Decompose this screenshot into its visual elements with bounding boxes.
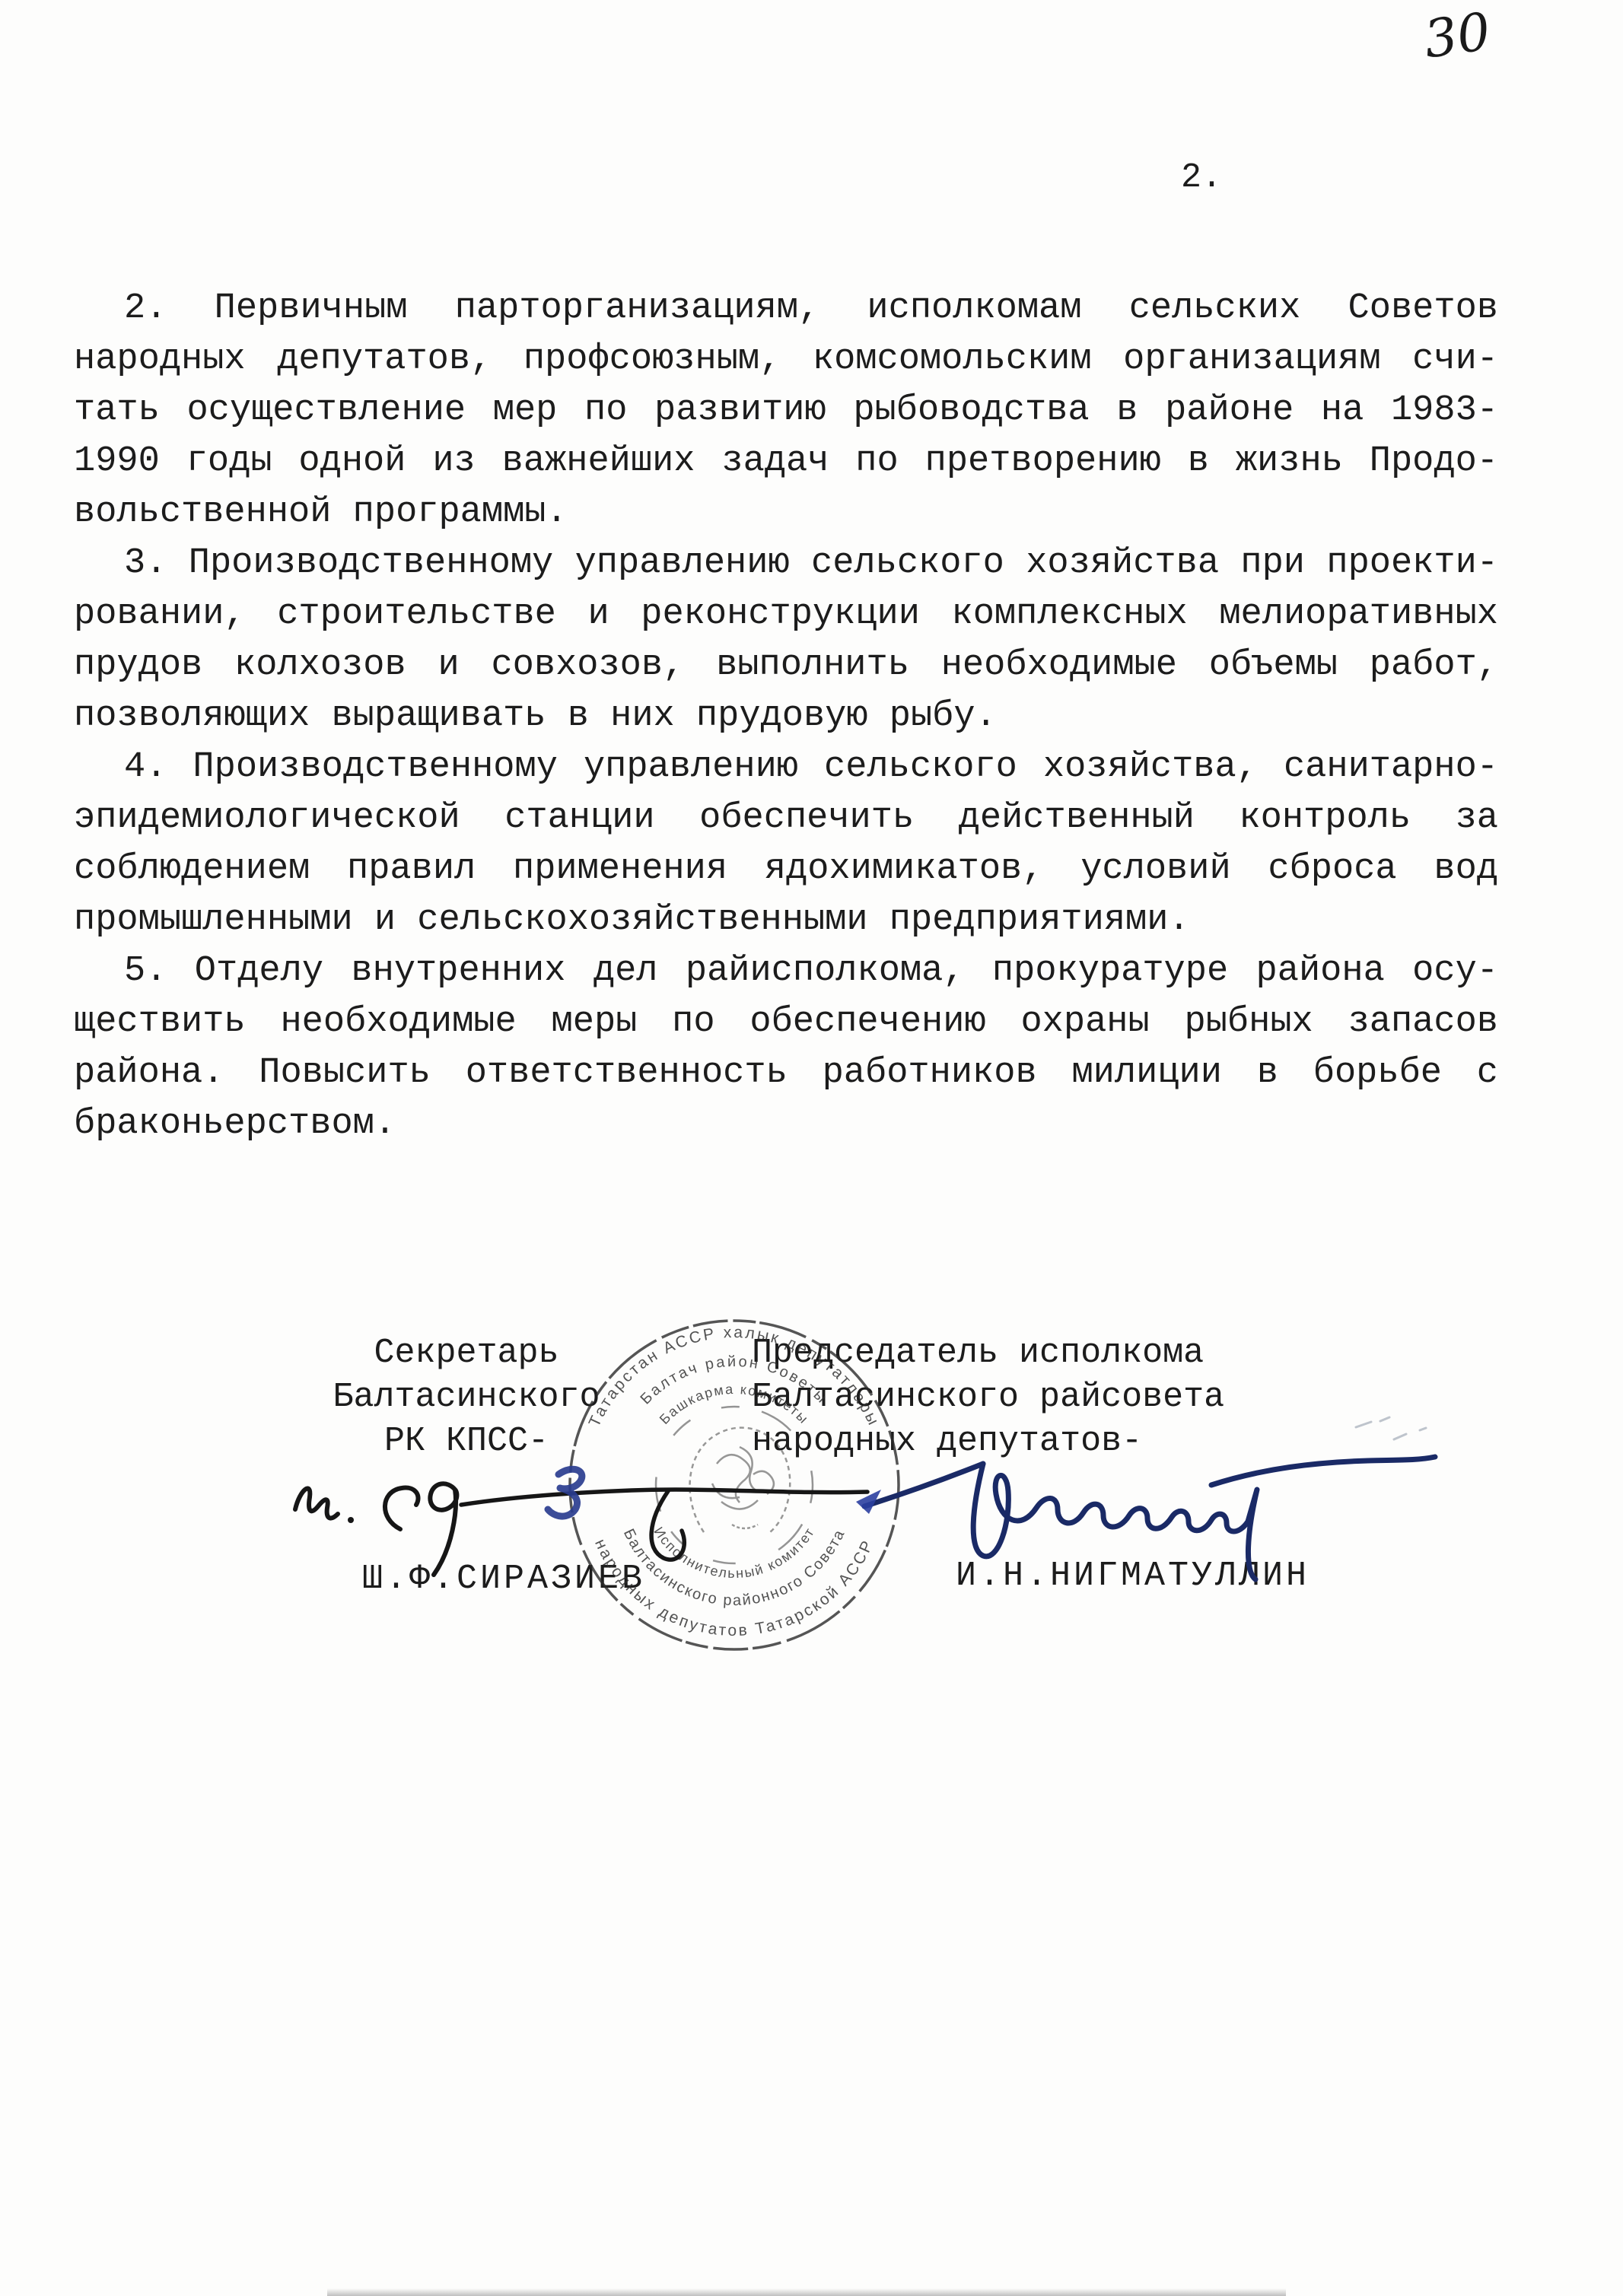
text-line: тать осуществление мер по развитию рыбов…	[74, 385, 1498, 436]
scanned-document-page: 30 2. 2. Первичным парторганизациям, исп…	[0, 0, 1623, 2296]
text-line: 4. Производственному управлению сельског…	[74, 742, 1498, 793]
secretary-signature	[295, 1483, 867, 1575]
text-line: района. Повысить ответственность работни…	[74, 1048, 1498, 1099]
paragraph-4: 4. Производственному управлению сельског…	[74, 742, 1498, 946]
text-line: 2. Первичным парторганизациям, исполкома…	[74, 283, 1498, 334]
page-number: 2.	[1181, 158, 1222, 197]
paragraph-3: 3. Производственному управлению сельског…	[74, 538, 1498, 742]
text-line: позволяющих выращивать в них прудовую ры…	[74, 691, 1498, 742]
text-line: 5. Отделу внутренних дел райисполкома, п…	[74, 946, 1498, 997]
scan-edge-shadow	[327, 2288, 1286, 2296]
text-line: 1990 годы одной из важнейших задач по пр…	[74, 436, 1498, 487]
text-line: ровании, строительстве и реконструкции к…	[74, 589, 1498, 640]
pencil-marks	[1356, 1417, 1426, 1439]
text-line: промышленными и сельскохозяйственными пр…	[74, 895, 1498, 946]
text-line: соблюдением правил применения ядохимикат…	[74, 844, 1498, 895]
text-line: браконьерством.	[74, 1099, 1498, 1150]
document-body: 2. Первичным парторганизациям, исполкома…	[74, 283, 1498, 1150]
text-line: 3. Производственному управлению сельског…	[74, 538, 1498, 589]
text-line: прудов колхозов и совхозов, выполнить не…	[74, 640, 1498, 691]
text-line: эпидемиологической станции обеспечить де…	[74, 793, 1498, 844]
text-line: народных депутатов, профсоюзным, комсомо…	[74, 334, 1498, 385]
text-line: вольственной программы.	[74, 487, 1498, 538]
chairman-signature	[856, 1457, 1435, 1579]
paragraph-2: 2. Первичным парторганизациям, исполкома…	[74, 283, 1498, 538]
signatures-overlay	[251, 1400, 1469, 1628]
text-line: ществить необходимые меры по обеспечению…	[74, 997, 1498, 1048]
handwritten-archival-number: 30	[1421, 2, 1494, 70]
paragraph-5: 5. Отделу внутренних дел райисполкома, п…	[74, 946, 1498, 1150]
